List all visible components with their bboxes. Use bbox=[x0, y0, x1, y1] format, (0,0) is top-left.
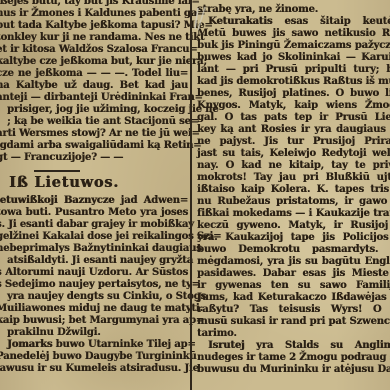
text-line: benes, Rusijoj platines. O buwo liet bbox=[197, 88, 390, 100]
text-line: yra. Kaukazijoj tape jis Policijos p bbox=[197, 232, 390, 244]
text-line: gal. O tas pats tep ir Prusū Lietu bbox=[197, 112, 390, 124]
text-line: igdami arba swaigaliūdami ką Retin= bbox=[0, 140, 188, 152]
text-line: ir gywenas ten su sawo Familije. bbox=[197, 280, 390, 292]
text-line: but tada Kaltybe jeßkoma tapusi? Mie= bbox=[0, 20, 188, 32]
text-line: ne pajyst. Jis tur Prusijoj Prirarė bbox=[197, 136, 390, 148]
text-line: tonkley kur ji ne randama. Nes ne tikt bbox=[0, 32, 188, 44]
text-line: Keturakatis esas šitaip keutėje bbox=[197, 16, 390, 28]
right-column: strabę yra, ne žinome.Keturakatis esas š… bbox=[197, 4, 390, 376]
text-line: nay. O kad ne kitaip, tay te priwa bbox=[197, 160, 390, 172]
text-line: cze ne jeßkoma — — —. Todel liu= bbox=[0, 68, 188, 80]
text-line: fißkai mokedams — i Kaukazije trauk bbox=[197, 208, 390, 220]
text-line: anteji — dirbanteji Urėdininkai Fran= bbox=[0, 92, 188, 104]
newspaper-scan-page: ißėjes butu, tay but jis Krausime lai=nu… bbox=[0, 0, 390, 390]
text-line: nudeges ir tame 2 Žmogu podraug sud bbox=[197, 352, 390, 364]
text-line: tarimo. bbox=[197, 328, 390, 340]
text-line: prakilnu Džwilgi. bbox=[0, 327, 188, 339]
column-divider-rule bbox=[190, 0, 192, 390]
text-line: strabę yra, ne žinome. bbox=[197, 4, 390, 16]
text-line: ißėjes butu, tay but jis Krausime lai= bbox=[0, 0, 188, 8]
section-heading: Iß Lietuwos. bbox=[0, 174, 188, 191]
text-line: mėgdamosi, yra jis su bagūtu Englen bbox=[197, 256, 390, 268]
text-line: ietuwißkoji Baznycze jad Adwen= bbox=[0, 195, 188, 207]
text-line: s Sedejimo naujey pertaisytos, ne ty= bbox=[0, 279, 188, 291]
text-line: ; ką be weikia tie ant Stacijonū se= bbox=[0, 116, 188, 128]
text-line: kad jis demokrotißkus Raßtus iš musu bbox=[197, 76, 390, 88]
text-line: Knygos. Matyk, kaip wiens Žmogu bbox=[197, 100, 390, 112]
text-line: nebeprimalys Bažnytininkai daugiaus bbox=[0, 243, 188, 255]
text-line: key ką ant Rosies ir yra daugiaus už bbox=[197, 124, 390, 136]
text-line: Jums, kad Keturakaczo Ißdawėjas Ju bbox=[197, 292, 390, 304]
text-line: jawusu ir su Kumeleis atsiradusu. Jie bbox=[0, 363, 188, 375]
text-line: nus ir Žmones i Kaldunes pabenti ga= bbox=[0, 8, 188, 20]
text-line: Panedelėj buwo Daugybe Turgininkū bbox=[0, 351, 188, 363]
text-line: gelžinei Kakalai dose jei reikalingos Sz… bbox=[0, 231, 188, 243]
text-line: Isrutej yra Stalds su Anglimis bbox=[197, 340, 390, 352]
text-line: na Kaltybe už daug. Bet kad jau bbox=[0, 80, 188, 92]
text-line: pasidawes. Dabar esas jis Mieste C bbox=[197, 268, 390, 280]
section-divider-rule bbox=[34, 170, 80, 172]
text-line: mokrots! Tay jau pri Blußkiū ujter bbox=[197, 172, 390, 184]
text-line: lant — pri Prusū pripulti tury; bei bbox=[197, 64, 390, 76]
text-line: buwusu du Murininku ir atėjusu Darbo bbox=[197, 364, 390, 376]
text-line: s Altorumi nauji Uzdoru. Ar Sūstos bbox=[0, 267, 188, 279]
text-line: jast su tais, Keleiwjo Redytoji wel n bbox=[197, 148, 390, 160]
text-line: Jomarks buwo Utarninke Tilej ap= bbox=[0, 339, 188, 351]
left-column-lower-text: ietuwißkoji Baznycze jad Adwen=towa buti… bbox=[0, 195, 188, 375]
text-line: Metū buwes jis sawo netikusio Rep bbox=[197, 28, 390, 40]
text-line: kaltybe cze jeßkoma but, kur jie niera; bbox=[0, 56, 188, 68]
text-line: arti Wersmes stowj? Ar ne tie jū wei= bbox=[0, 128, 188, 140]
text-line: nu Rubežaus pristatoms, ir gawo — bbox=[197, 196, 390, 208]
text-line: et ir kitosa Waldžos Szalosa Francu= bbox=[0, 44, 188, 56]
text-line: s. Ji esanti dabar grajey ir mobißkay bbox=[0, 219, 188, 231]
text-line: Muiliawones miduj ne daug te matyti. bbox=[0, 303, 188, 315]
text-line: keczū gyweno. Matyk, ir Rusijoj ji bbox=[197, 220, 390, 232]
text-line: yra naujey dengts su Cinkiu, o Stogs bbox=[0, 291, 188, 303]
text-line: raßytu? Tas teisusis Wyrs! O ta bbox=[197, 304, 390, 316]
text-line: musū sukasi ir rand pri pat Szwenczau bbox=[197, 316, 390, 328]
text-line: buk jis Piningū Žemaiczams pažyczyk bbox=[197, 40, 390, 52]
left-column: ißėjes butu, tay but jis Krausime lai=nu… bbox=[0, 0, 188, 375]
text-line: atsißaldyti. Ji esanti naujey gryžta bbox=[0, 255, 188, 267]
text-line: kaip buwusi; bet Margumynai yra ap= bbox=[0, 315, 188, 327]
text-line: ißtaiso kaip Kolera. K. tapes tris C bbox=[197, 184, 390, 196]
left-column-upper-text: ißėjes butu, tay but jis Krausime lai=nu… bbox=[0, 0, 188, 164]
right-column-text: strabę yra, ne žinome.Keturakatis esas š… bbox=[197, 4, 390, 376]
text-line: buwes kad jo Skolininkai — Karui s bbox=[197, 52, 390, 64]
text-line: towa buti. Pusantro Meto yra joses bbox=[0, 207, 188, 219]
text-line: gt — Francuzijoje? — — bbox=[0, 152, 188, 164]
text-line: buwo Demokrotu pasmardyts. To bbox=[197, 244, 390, 256]
text-line: prisiger, jog jie užiming, koczeig jie n… bbox=[0, 104, 188, 116]
